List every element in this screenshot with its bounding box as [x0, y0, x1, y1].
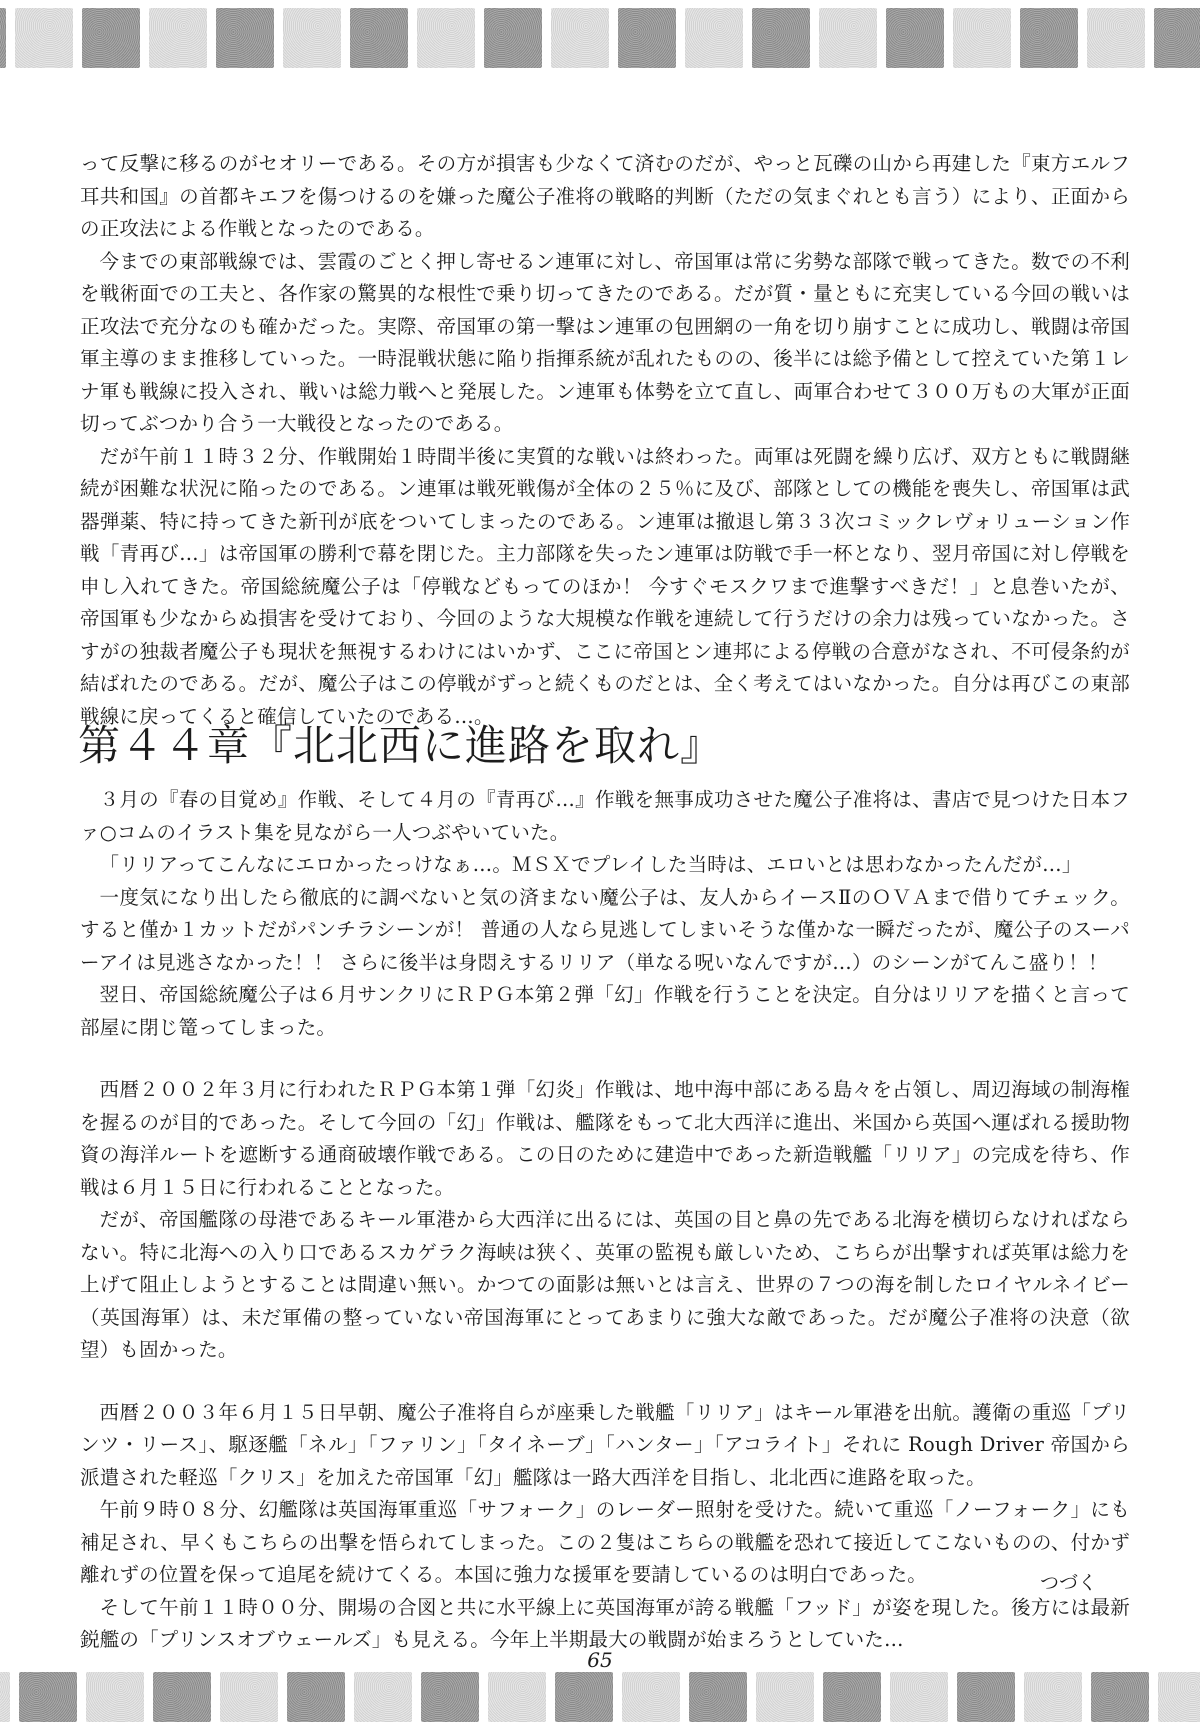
decorative-block: [421, 1672, 479, 1722]
paragraph: 翌日、帝国総統魔公子は６月サンクリにＲＰＧ本第２弾「幻」作戦を行うことを決定。自…: [80, 979, 1130, 1044]
paragraph-gap: [80, 1044, 1130, 1074]
decorative-block: [823, 1672, 881, 1722]
chapter-title: 第４４章『北北西に進路を取れ』: [78, 718, 723, 774]
decorative-block: [220, 1672, 278, 1722]
section-continuation: って反撃に移るのがセオリーである。その方が損害も少なくて済むのだが、やっと瓦礫の…: [80, 148, 1130, 733]
decorative-block: [19, 1672, 77, 1722]
decorative-block: [1020, 8, 1078, 68]
decorative-block: [752, 8, 810, 68]
decorative-block: [1154, 8, 1200, 68]
chapter-body: ３月の『春の目覚め』作戦、そして４月の『青再び…』作戦を無事成功させた魔公子准将…: [80, 784, 1130, 1657]
decorative-block: [153, 1672, 211, 1722]
decorative-block: [82, 8, 140, 68]
decorative-block: [484, 8, 542, 68]
decorative-block: [488, 1672, 546, 1722]
decorative-block: [819, 8, 877, 68]
decorative-block: [350, 8, 408, 68]
paragraph: 「リリアってこんなにエロかったっけなぁ…。ＭＳＸでプレイした当時は、エロいとは思…: [80, 849, 1130, 882]
paragraph: 西暦２００３年６月１５日早朝、魔公子准将自らが座乗した戦艦「リリア」はキール軍港…: [80, 1397, 1130, 1495]
decorative-block: [1024, 1672, 1082, 1722]
paragraph: 今までの東部戦線では、雲霞のごとく押し寄せるン連軍に対し、帝国軍は常に劣勢な部隊…: [80, 246, 1130, 441]
to-be-continued-label: つづく: [1040, 1568, 1097, 1595]
decorative-block: [86, 1672, 144, 1722]
decorative-block: [886, 8, 944, 68]
decorative-block: [622, 1672, 680, 1722]
paragraph: 一度気になり出したら徹底的に調べないと気の済まない魔公子は、友人からイースⅡのＯ…: [80, 882, 1130, 980]
decorative-block: [685, 8, 743, 68]
paragraph: 午前９時０８分、幻艦隊は英国海軍重巡「サフォーク」のレーダー照射を受けた。続いて…: [80, 1494, 1130, 1592]
decorative-block: [149, 8, 207, 68]
paragraph: 西暦２００２年３月に行われたＲＰＧ本第１弾「幻炎」作戦は、地中海中部にある島々を…: [80, 1074, 1130, 1204]
decorative-block: [0, 1672, 10, 1722]
decorative-block: [1087, 8, 1145, 68]
decorative-block: [283, 8, 341, 68]
decorative-block: [417, 8, 475, 68]
decorative-block: [0, 8, 6, 68]
decorative-block: [618, 8, 676, 68]
decorative-block: [1091, 1672, 1149, 1722]
decorative-block: [551, 8, 609, 68]
paragraph: そして午前１１時００分、開場の合図と共に水平線上に英国海軍が誇る戦艦「フッド」が…: [80, 1592, 1130, 1657]
paragraph: だが、帝国艦隊の母港であるキール軍港から大西洋に出るには、英国の目と鼻の先である…: [80, 1204, 1130, 1367]
decorative-block: [957, 1672, 1015, 1722]
paragraph: だが午前１１時３２分、作戦開始１時間半後に実質的な戦いは終わった。両軍は死闘を繰…: [80, 441, 1130, 734]
paragraph-gap: [80, 1367, 1130, 1397]
decorative-block: [1158, 1672, 1200, 1722]
decorative-block: [555, 1672, 613, 1722]
decorative-bottom-strip: [0, 1672, 1200, 1722]
decorative-block: [15, 8, 73, 68]
page-number: 65: [0, 1648, 1200, 1672]
decorative-block: [354, 1672, 412, 1722]
decorative-block: [890, 1672, 948, 1722]
decorative-block: [953, 8, 1011, 68]
decorative-block: [689, 1672, 747, 1722]
decorative-block: [216, 8, 274, 68]
decorative-block: [756, 1672, 814, 1722]
paragraph: ３月の『春の目覚め』作戦、そして４月の『青再び…』作戦を無事成功させた魔公子准将…: [80, 784, 1130, 849]
paragraph: って反撃に移るのがセオリーである。その方が損害も少なくて済むのだが、やっと瓦礫の…: [80, 148, 1130, 246]
decorative-block: [287, 1672, 345, 1722]
decorative-top-strip: [0, 8, 1200, 68]
